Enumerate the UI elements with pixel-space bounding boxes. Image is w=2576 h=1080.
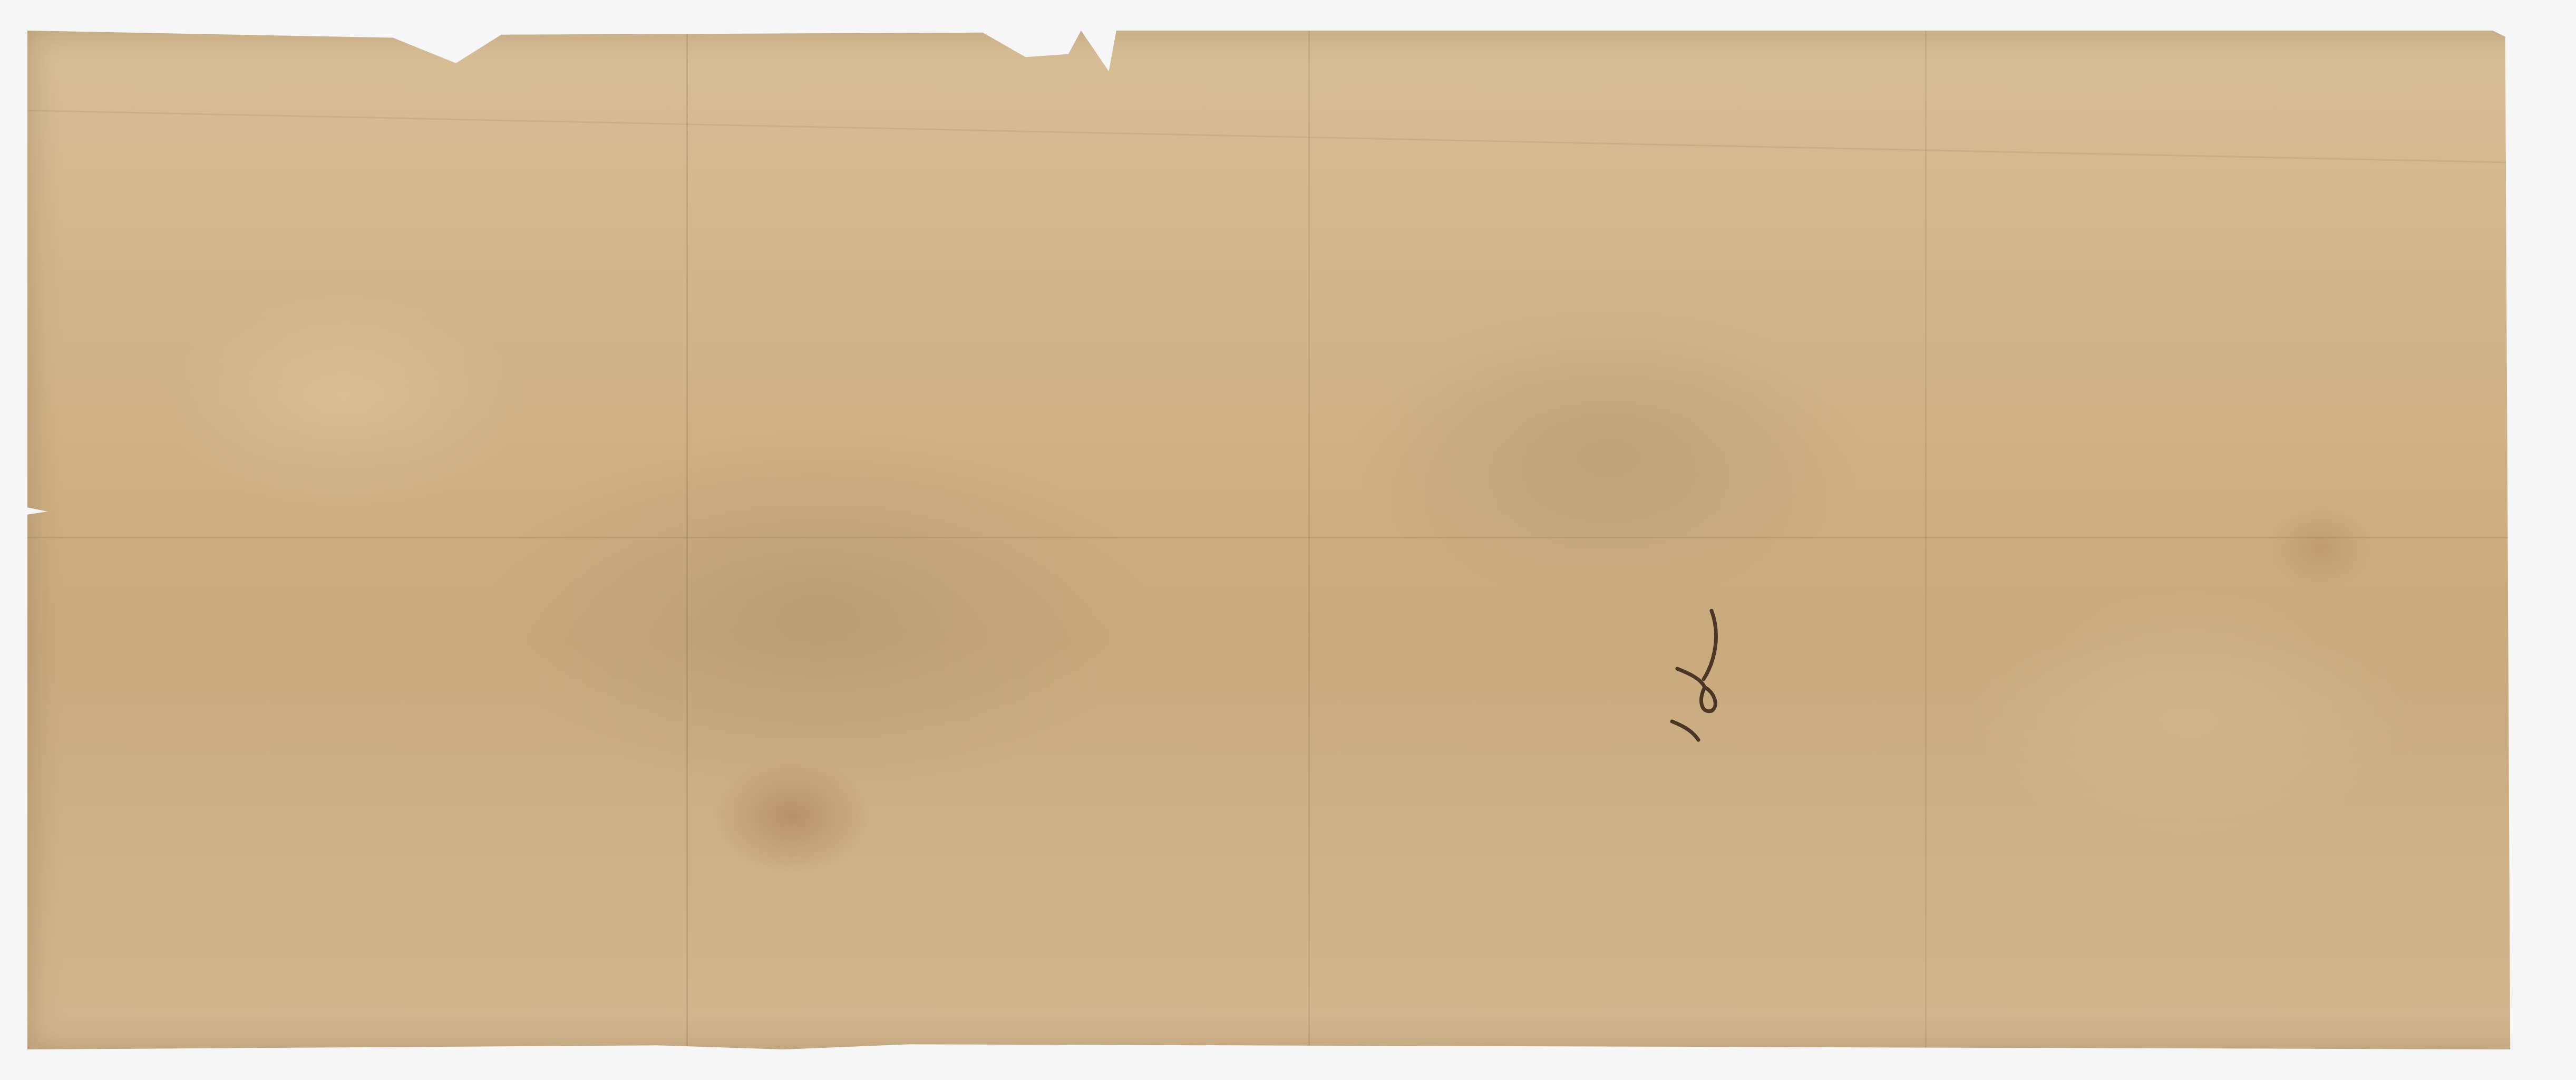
fold-crease xyxy=(1925,31,1927,1049)
fold-crease xyxy=(27,537,2548,538)
fold-crease xyxy=(27,110,2548,164)
fold-crease xyxy=(1308,31,1310,1049)
fold-crease xyxy=(686,31,688,1049)
banknote-back: 2 xyxy=(27,31,2548,1049)
stain xyxy=(2268,505,2373,590)
handwritten-mark xyxy=(1661,600,1735,758)
stain xyxy=(713,758,871,874)
